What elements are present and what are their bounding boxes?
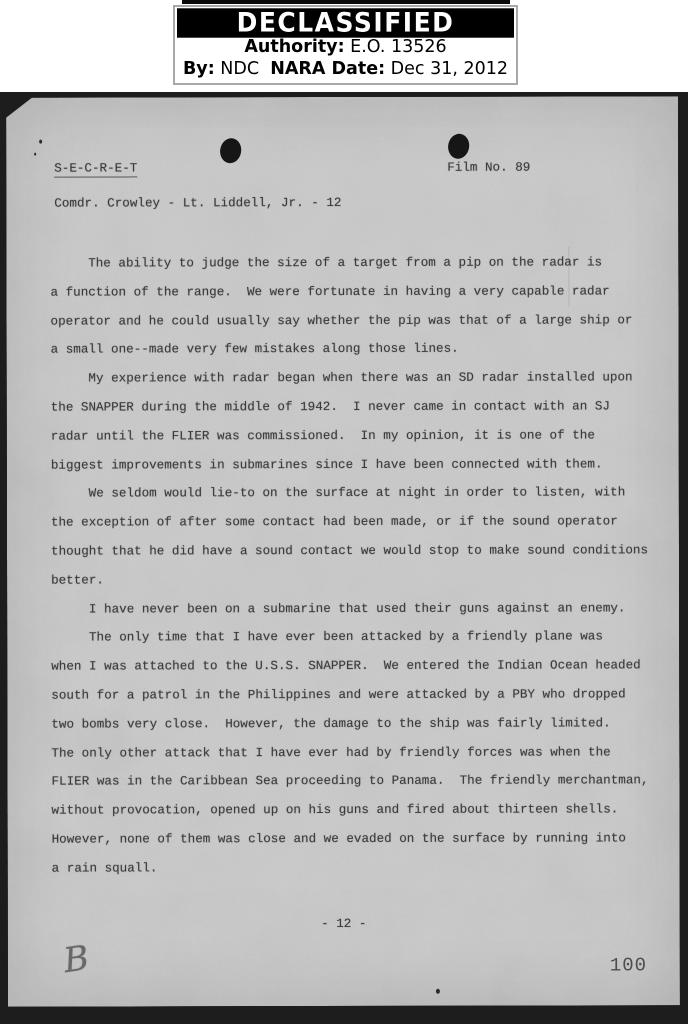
attribution-line: Comdr. Crowley - Lt. Liddell, Jr. - 12 <box>54 196 341 211</box>
authority-value: E.O. 13526 <box>350 37 446 57</box>
punch-hole-left <box>218 137 243 165</box>
paragraph: I have never been on a submarine that us… <box>51 594 666 624</box>
by-value: NDC <box>220 59 259 79</box>
scan-background: S-E-C-R-E-T Film No. 89 Comdr. Crowley -… <box>0 92 688 1024</box>
film-number: Film No. 89 <box>447 161 530 175</box>
punch-hole-right <box>446 132 471 160</box>
by-label: By: <box>183 59 215 79</box>
ink-speck <box>34 153 36 156</box>
by-date-line: By: NDC NARA Date: Dec 31, 2012 <box>177 59 514 81</box>
paragraph: The only time that I have ever been atta… <box>51 623 667 883</box>
page-number: - 12 - <box>8 916 680 931</box>
authority-label: Authority: <box>244 37 344 57</box>
nara-date-label: NARA Date: <box>270 59 385 79</box>
document-body: The ability to judge the size of a targe… <box>50 248 666 883</box>
paragraph: We seldom would lie-to on the surface at… <box>51 479 666 595</box>
handwritten-mark: B <box>61 938 91 981</box>
banner-strip: DECLASSIFIED Authority: E.O. 13526 By: N… <box>0 0 688 92</box>
ink-speck <box>39 140 42 144</box>
frame-number: 100 <box>610 954 647 976</box>
paragraph: The ability to judge the size of a targe… <box>50 248 665 364</box>
declassified-title: DECLASSIFIED <box>177 8 514 37</box>
scanned-document-page: DECLASSIFIED Authority: E.O. 13526 By: N… <box>0 0 688 1024</box>
classification-marking: S-E-C-R-E-T <box>54 161 137 177</box>
nara-date-value: Dec 31, 2012 <box>391 59 508 79</box>
ink-speck <box>436 989 440 994</box>
scan-edge-bar <box>182 0 510 4</box>
declassification-stamp: DECLASSIFIED Authority: E.O. 13526 By: N… <box>173 5 518 85</box>
paragraph: My experience with radar began when ther… <box>51 364 666 480</box>
authority-line: Authority: E.O. 13526 <box>177 37 514 59</box>
paper-sheet: S-E-C-R-E-T Film No. 89 Comdr. Crowley -… <box>6 96 680 1006</box>
